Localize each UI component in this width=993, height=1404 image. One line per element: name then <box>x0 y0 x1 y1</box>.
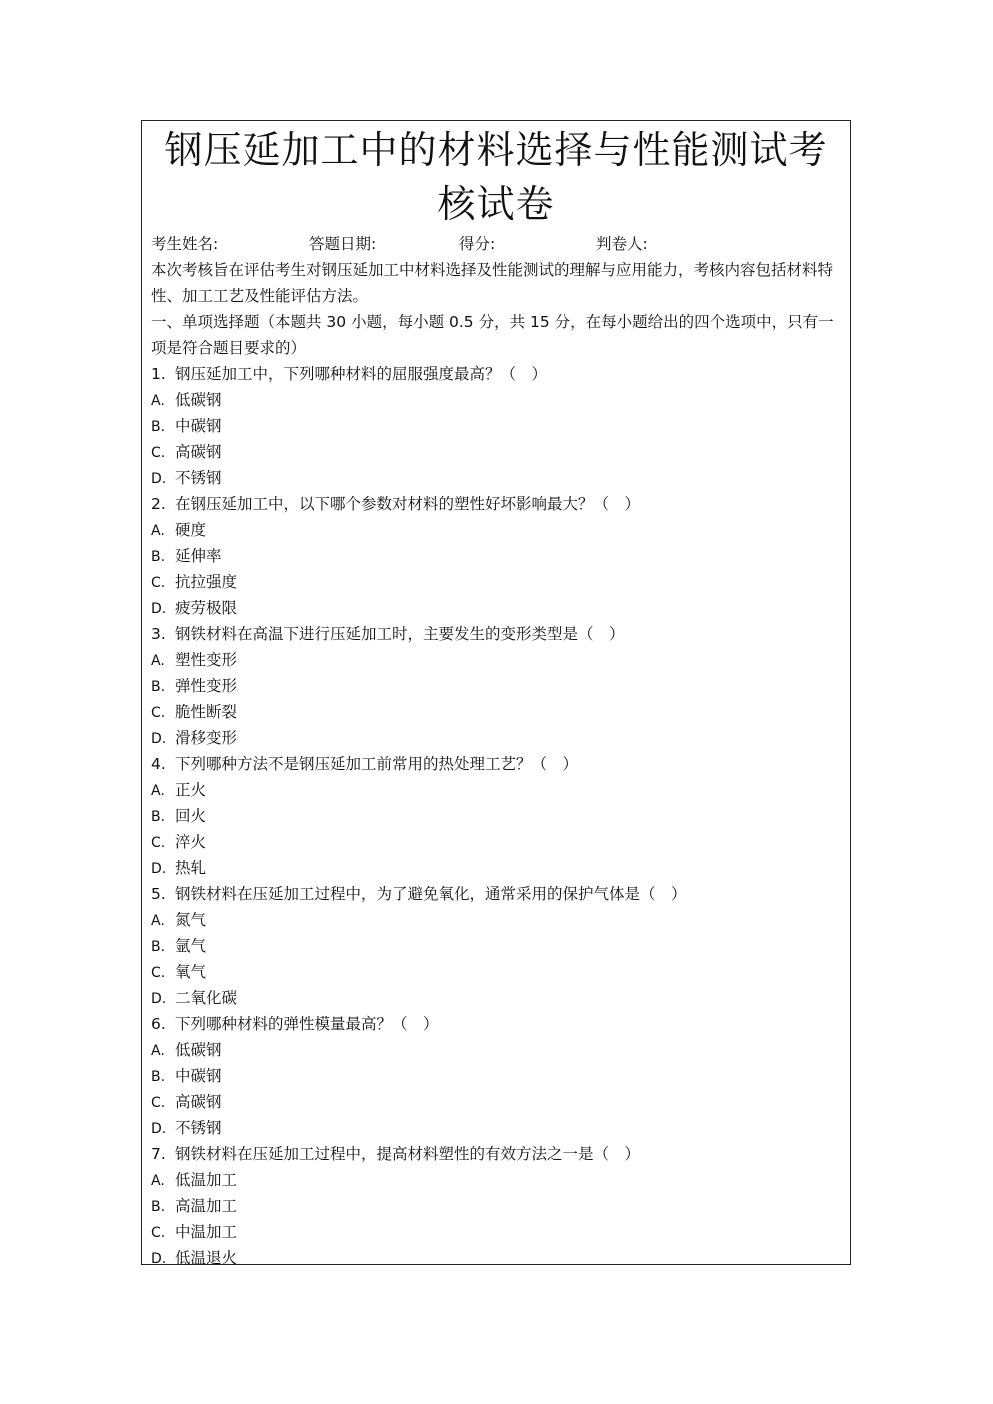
option-text: 脆性断裂 <box>175 703 237 721</box>
question-text: 下列哪种材料的弹性模量最高？（ ） <box>175 1015 439 1033</box>
question-number: 2. <box>151 491 175 517</box>
exam-title: 钢压延加工中的材料选择与性能测试考核试卷 <box>142 123 850 231</box>
answer-option: D.不锈钢 <box>151 465 842 491</box>
option-letter: C. <box>151 440 175 466</box>
answer-option: C.淬火 <box>151 829 842 855</box>
answer-option: A.低温加工 <box>151 1167 842 1193</box>
option-letter: C. <box>151 960 175 986</box>
option-text: 高温加工 <box>175 1197 237 1215</box>
option-text: 热轧 <box>175 859 206 877</box>
score-label: 得分: <box>459 231 596 257</box>
option-letter: D. <box>151 856 175 882</box>
option-text: 低碳钢 <box>175 391 222 409</box>
option-letter: D. <box>151 1116 175 1142</box>
option-letter: A. <box>151 388 175 414</box>
option-text: 滑移变形 <box>175 729 237 747</box>
option-text: 弹性变形 <box>175 677 237 695</box>
question-text: 钢铁材料在高温下进行压延加工时，主要发生的变形类型是（ ） <box>175 625 625 643</box>
option-text: 硬度 <box>175 521 206 539</box>
answer-option: A.正火 <box>151 777 842 803</box>
option-text: 延伸率 <box>175 547 222 565</box>
option-text: 中碳钢 <box>175 1067 222 1085</box>
option-text: 氩气 <box>175 937 206 955</box>
candidate-name-label: 考生姓名: <box>151 231 309 257</box>
answer-option: B.中碳钢 <box>151 1063 842 1089</box>
option-text: 中碳钢 <box>175 417 222 435</box>
answer-option: A.氮气 <box>151 907 842 933</box>
option-text: 高碳钢 <box>175 443 222 461</box>
option-text: 中温加工 <box>175 1223 237 1241</box>
answer-option: C.氧气 <box>151 959 842 985</box>
option-letter: A. <box>151 908 175 934</box>
question-text: 在钢压延加工中，以下哪个参数对材料的塑性好坏影响最大？（ ） <box>175 495 640 513</box>
option-letter: C. <box>151 1220 175 1246</box>
question-6: 6.下列哪种材料的弹性模量最高？（ ） <box>151 1011 842 1037</box>
exam-intro: 本次考核旨在评估考生对钢压延加工中材料选择及性能测试的理解与应用能力，考核内容包… <box>151 257 842 309</box>
option-letter: B. <box>151 674 175 700</box>
question-number: 7. <box>151 1141 175 1167</box>
answer-option: C.高碳钢 <box>151 439 842 465</box>
option-text: 不锈钢 <box>175 469 222 487</box>
option-letter: A. <box>151 1038 175 1064</box>
question-text: 钢铁材料在压延加工过程中，提高材料塑性的有效方法之一是（ ） <box>175 1145 640 1163</box>
option-text: 塑性变形 <box>175 651 237 669</box>
option-letter: B. <box>151 414 175 440</box>
question-2: 2.在钢压延加工中，以下哪个参数对材料的塑性好坏影响最大？（ ） <box>151 491 842 517</box>
answer-option: C.中温加工 <box>151 1219 842 1245</box>
grader-label: 判卷人: <box>596 231 648 257</box>
option-letter: C. <box>151 570 175 596</box>
option-text: 回火 <box>175 807 206 825</box>
answer-option: B.弹性变形 <box>151 673 842 699</box>
exam-page: 钢压延加工中的材料选择与性能测试考核试卷 考生姓名: 答题日期: 得分: 判卷人… <box>141 120 851 1265</box>
answer-option: B.中碳钢 <box>151 413 842 439</box>
question-5: 5.钢铁材料在压延加工过程中，为了避免氧化，通常采用的保护气体是（ ） <box>151 881 842 907</box>
option-letter: D. <box>151 466 175 492</box>
answer-option: D.滑移变形 <box>151 725 842 751</box>
question-text: 钢压延加工中，下列哪种材料的屈服强度最高？（ ） <box>175 365 547 383</box>
option-letter: B. <box>151 1064 175 1090</box>
question-number: 4. <box>151 751 175 777</box>
answer-option: A.硬度 <box>151 517 842 543</box>
answer-option: C.脆性断裂 <box>151 699 842 725</box>
answer-option: D.疲劳极限 <box>151 595 842 621</box>
option-letter: A. <box>151 1168 175 1194</box>
question-list: 1.钢压延加工中，下列哪种材料的屈服强度最高？（ ）A.低碳钢B.中碳钢C.高碳… <box>151 361 842 1271</box>
question-number: 6. <box>151 1011 175 1037</box>
option-text: 低温加工 <box>175 1171 237 1189</box>
option-text: 抗拉强度 <box>175 573 237 591</box>
question-4: 4.下列哪种方法不是钢压延加工前常用的热处理工艺？（ ） <box>151 751 842 777</box>
option-letter: C. <box>151 1090 175 1116</box>
option-letter: D. <box>151 986 175 1012</box>
option-letter: A. <box>151 518 175 544</box>
option-text: 疲劳极限 <box>175 599 237 617</box>
answer-option: B.延伸率 <box>151 543 842 569</box>
answer-option: C.抗拉强度 <box>151 569 842 595</box>
option-text: 氧气 <box>175 963 206 981</box>
question-number: 1. <box>151 361 175 387</box>
question-number: 5. <box>151 881 175 907</box>
option-letter: D. <box>151 1246 175 1272</box>
option-letter: B. <box>151 804 175 830</box>
option-text: 不锈钢 <box>175 1119 222 1137</box>
answer-option: A.低碳钢 <box>151 387 842 413</box>
answer-option: B.氩气 <box>151 933 842 959</box>
answer-option: A.塑性变形 <box>151 647 842 673</box>
option-text: 低温退火 <box>175 1249 237 1267</box>
answer-option: C.高碳钢 <box>151 1089 842 1115</box>
exam-date-label: 答题日期: <box>309 231 459 257</box>
exam-meta-row: 考生姓名: 答题日期: 得分: 判卷人: <box>151 231 842 257</box>
option-letter: A. <box>151 648 175 674</box>
option-letter: D. <box>151 596 175 622</box>
answer-option: B.回火 <box>151 803 842 829</box>
option-letter: C. <box>151 700 175 726</box>
section-heading: 一、单项选择题（本题共 30 小题，每小题 0.5 分，共 15 分，在每小题给… <box>151 309 842 361</box>
option-letter: D. <box>151 726 175 752</box>
option-text: 氮气 <box>175 911 206 929</box>
option-text: 正火 <box>175 781 206 799</box>
question-1: 1.钢压延加工中，下列哪种材料的屈服强度最高？（ ） <box>151 361 842 387</box>
answer-option: B.高温加工 <box>151 1193 842 1219</box>
option-text: 二氧化碳 <box>175 989 237 1007</box>
exam-content: 考生姓名: 答题日期: 得分: 判卷人: 本次考核旨在评估考生对钢压延加工中材料… <box>142 231 850 1271</box>
option-letter: B. <box>151 1194 175 1220</box>
question-7: 7.钢铁材料在压延加工过程中，提高材料塑性的有效方法之一是（ ） <box>151 1141 842 1167</box>
option-letter: B. <box>151 934 175 960</box>
answer-option: D.低温退火 <box>151 1245 842 1271</box>
answer-option: D.热轧 <box>151 855 842 881</box>
question-text: 下列哪种方法不是钢压延加工前常用的热处理工艺？（ ） <box>175 755 578 773</box>
option-letter: C. <box>151 830 175 856</box>
answer-option: A.低碳钢 <box>151 1037 842 1063</box>
question-number: 3. <box>151 621 175 647</box>
option-text: 低碳钢 <box>175 1041 222 1059</box>
question-text: 钢铁材料在压延加工过程中，为了避免氧化，通常采用的保护气体是（ ） <box>175 885 687 903</box>
option-text: 淬火 <box>175 833 206 851</box>
question-3: 3.钢铁材料在高温下进行压延加工时，主要发生的变形类型是（ ） <box>151 621 842 647</box>
option-letter: B. <box>151 544 175 570</box>
option-letter: A. <box>151 778 175 804</box>
answer-option: D.二氧化碳 <box>151 985 842 1011</box>
answer-option: D.不锈钢 <box>151 1115 842 1141</box>
option-text: 高碳钢 <box>175 1093 222 1111</box>
